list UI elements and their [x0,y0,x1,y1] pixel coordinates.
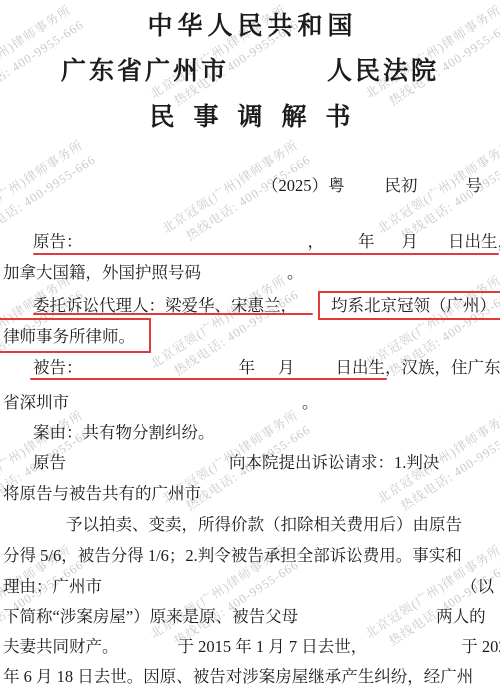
text-segment: 下简称“涉案房屋”）原来是原、被告父母 [3,606,298,628]
text-segment: 月 [402,231,419,253]
cause-line: 案由：共有物分割纠纷。 [0,422,500,444]
facts-line-2: 下简称“涉案房屋”）原来是原、被告父母 两人的 [0,606,500,628]
text-segment: 年 [358,231,375,253]
plaintiff-line: 原告： ， 年 月 日出生， [0,231,500,253]
facts-line-4: 年 6 月 18 日去世。因原、被告对涉案房屋继承产生纠纷，经广州 [0,666,500,688]
title-court-right: 人民法院 [327,51,439,87]
nationality-line: 加拿大国籍，外国护照号码 。 [0,262,500,284]
defendant-label: 被告： [33,357,83,379]
document-text: 中华人民共和国 广东省广州市 人民法院 民事调解书 （2025）粤 民初 号 原… [0,0,500,693]
text-segment: 于 2015 年 1 月 7 日去世， [178,636,368,658]
text-segment: （以 [461,576,494,598]
text-segment: 日出生， [448,231,500,253]
text-segment: 省深圳市 [3,392,69,414]
case-number-type: 民初 [385,175,418,197]
text-segment: 夫妻共同财产。 [3,636,119,658]
claims-line-2: 将原告与被告共有的广州市 [0,483,500,505]
claims-line-3: 予以拍卖、变卖，所得价款（扣除相关费用后）由原告 [0,514,500,536]
facts-line-3: 夫妻共同财产。 于 2015 年 1 月 7 日去世， 于 2024 [0,636,500,658]
text-segment: 予以拍卖、变卖，所得价款（扣除相关费用后）由原告 [66,514,462,536]
agent-names: 委托诉讼代理人：梁爱华、宋惠兰， [33,295,297,317]
mediation-document-page: 北京冠领(广州)律师事务所热线电话: 400-9955-666北京冠领(广州)律… [0,0,500,693]
claims-line-4: 分得 5/6，被告分得 1/6；2.判令被告承担全部诉讼费用。事实和 [0,545,500,567]
case-number-line: （2025）粤 民初 号 [0,175,500,197]
title-court-left: 广东省广州市 [61,51,229,87]
text-segment: 月 [278,357,295,379]
text-segment: 日出生，汉族，住广东 [336,357,500,379]
cause-of-action: 案由：共有物分割纠纷。 [33,422,215,444]
text-segment: 。 [302,392,319,414]
title-doc-type: 民事调解书 [0,97,500,133]
agent-line: 委托诉讼代理人：梁爱华、宋惠兰， 均系北京冠领（广州） [0,295,500,317]
address-line: 省深圳市 。 [0,392,500,414]
text-segment: 。 [287,262,304,284]
text-segment: 于 2024 [461,636,500,658]
facts-line-1: 理由：广州市 （以 [0,576,500,598]
case-number-suffix: 号 [466,175,483,197]
lawfirm-affiliation-cont: 律师事务所律师。 [3,326,135,348]
court-name-blank [229,51,327,87]
title-country: 中华人民共和国 [0,6,500,42]
text-segment: 分得 5/6，被告分得 1/6；2.判令被告承担全部诉讼费用。事实和 [3,545,462,567]
text-segment: 两人的 [436,606,486,628]
plaintiff-label: 原告： [33,231,83,253]
text-segment: 原告 [33,452,66,474]
text-segment: 将原告与被告共有的广州市 [3,483,201,505]
text-segment: 向本院提出诉讼请求：1.判决 [229,452,439,474]
text-segment: 年 6 月 18 日去世。因原、被告对涉案房屋继承产生纠纷，经广州 [3,666,473,688]
title-court-line: 广东省广州市 人民法院 [0,51,500,87]
claims-line: 原告 向本院提出诉讼请求：1.判决 [0,452,500,474]
text-segment: 理由：广州市 [3,576,102,598]
text-segment: 加拿大国籍，外国护照号码 [3,262,201,284]
lawfirm-line: 律师事务所律师。 [0,326,500,348]
text-segment: ， [308,231,325,253]
defendant-line: 被告： 年 月 日出生，汉族，住广东 [0,357,500,379]
case-number-prefix: （2025）粤 [262,175,345,197]
lawfirm-affiliation: 均系北京冠领（广州） [331,295,496,317]
text-segment: 年 [239,357,256,379]
